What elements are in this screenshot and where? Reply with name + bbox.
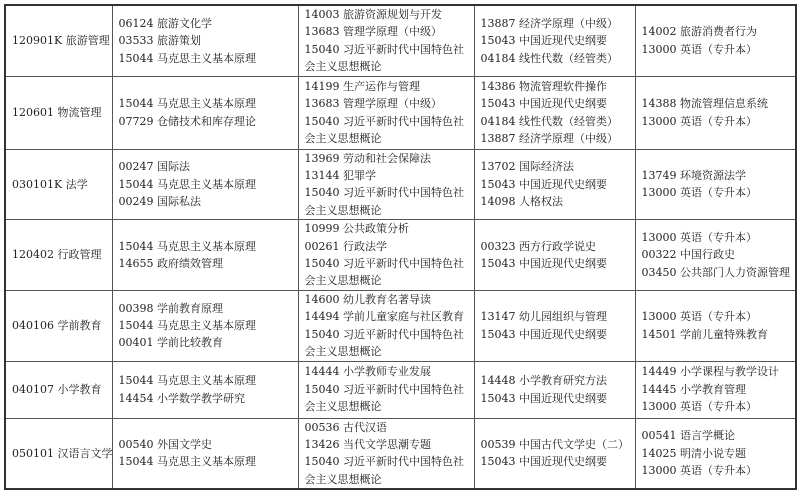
course-item: 15040 习近平新时代中国特色社	[305, 381, 474, 398]
course-item: 14449 小学课程与教学设计	[642, 363, 796, 380]
course-cell-2: 10999 公共政策分析00261 行政法学15040 习近平新时代中国特色社会…	[298, 220, 474, 291]
course-cell-1: 00398 学前教育原理15044 马克思主义基本原理00401 学前比较教育	[112, 290, 298, 361]
course-item: 15043 中国近现代史纲要	[481, 255, 635, 272]
course-item: 15044 马克思主义基本原理	[119, 50, 298, 67]
course-item: 会主义思想概论	[305, 202, 474, 219]
course-item: 14098 人格权法	[481, 193, 635, 210]
course-item: 00536 古代汉语	[305, 419, 474, 436]
course-cell-3: 13702 国际经济法15043 中国近现代史纲要14098 人格权法	[474, 149, 635, 220]
course-cell-1: 00247 国际法15044 马克思主义基本原理00249 国际私法	[112, 149, 298, 220]
course-item: 04184 线性代数（经管类）	[481, 113, 635, 130]
course-item: 13426 当代文学思潮专题	[305, 436, 474, 453]
major-cell: 040107 小学教育	[5, 361, 112, 418]
course-cell-3: 14448 小学教育研究方法15043 中国近现代史纲要	[474, 361, 635, 418]
course-item: 15044 马克思主义基本原理	[119, 238, 298, 255]
table-row: 120901K 旅游管理 06124 旅游文化学03533 旅游策划15044 …	[5, 5, 796, 76]
major-cell: 050101 汉语言文学	[5, 418, 112, 489]
course-item: 15044 马克思主义基本原理	[119, 453, 298, 470]
course-item: 15040 习近平新时代中国特色社	[305, 326, 474, 343]
major-cell: 030101K 法学	[5, 149, 112, 220]
table-row: 040106 学前教育 00398 学前教育原理15044 马克思主义基本原理0…	[5, 290, 796, 361]
course-item: 13000 英语（专升本）	[642, 308, 796, 325]
course-item: 14444 小学教师专业发展	[305, 363, 474, 380]
course-item: 15040 习近平新时代中国特色社	[305, 41, 474, 58]
course-item: 13683 管理学原理（中级）	[305, 23, 474, 40]
course-item: 15043 中国近现代史纲要	[481, 453, 635, 470]
course-cell-3: 13147 幼儿园组织与管理15043 中国近现代史纲要	[474, 290, 635, 361]
exam-plan-body: 120901K 旅游管理 06124 旅游文化学03533 旅游策划15044 …	[5, 5, 796, 489]
course-item: 15043 中国近现代史纲要	[481, 176, 635, 193]
course-item: 15040 习近平新时代中国特色社	[305, 255, 474, 272]
course-item: 会主义思想概论	[305, 272, 474, 289]
course-item: 14003 旅游资源规划与开发	[305, 6, 474, 23]
course-item: 15043 中国近现代史纲要	[481, 95, 635, 112]
course-item: 00323 西方行政学说史	[481, 238, 635, 255]
course-item: 14025 明清小说专题	[642, 445, 796, 462]
course-item: 15040 习近平新时代中国特色社	[305, 453, 474, 470]
course-cell-4: 13000 英语（专升本）14501 学前儿童特殊教育	[635, 290, 796, 361]
course-item: 15044 马克思主义基本原理	[119, 317, 298, 334]
course-item: 14600 幼儿教育名著导读	[305, 291, 474, 308]
course-item: 04184 线性代数（经管类）	[481, 50, 635, 67]
course-item: 15043 中国近现代史纲要	[481, 390, 635, 407]
course-cell-1: 06124 旅游文化学03533 旅游策划15044 马克思主义基本原理	[112, 5, 298, 76]
course-cell-2: 13969 劳动和社会保障法13144 犯罪学15040 习近平新时代中国特色社…	[298, 149, 474, 220]
course-cell-2: 14600 幼儿教育名著导读14494 学前儿童家庭与社区教育15040 习近平…	[298, 290, 474, 361]
course-item: 03533 旅游策划	[119, 32, 298, 49]
course-item: 13683 管理学原理（中级）	[305, 95, 474, 112]
course-cell-2: 00536 古代汉语13426 当代文学思潮专题15040 习近平新时代中国特色…	[298, 418, 474, 489]
major-cell: 040106 学前教育	[5, 290, 112, 361]
course-item: 13000 英语（专升本）	[642, 462, 796, 479]
course-item: 15044 马克思主义基本原理	[119, 372, 298, 389]
course-cell-3: 13887 经济学原理（中级）15043 中国近现代史纲要04184 线性代数（…	[474, 5, 635, 76]
course-item: 14501 学前儿童特殊教育	[642, 326, 796, 343]
course-item: 00247 国际法	[119, 158, 298, 175]
course-item: 13144 犯罪学	[305, 167, 474, 184]
course-cell-2: 14003 旅游资源规划与开发13683 管理学原理（中级）15040 习近平新…	[298, 5, 474, 76]
table-row: 120601 物流管理 15044 马克思主义基本原理07729 仓储技术和库存…	[5, 76, 796, 149]
course-item: 14454 小学数学教学研究	[119, 390, 298, 407]
course-cell-4: 13749 环境资源法学13000 英语（专升本）	[635, 149, 796, 220]
exam-plan-table: 120901K 旅游管理 06124 旅游文化学03533 旅游策划15044 …	[4, 4, 797, 490]
course-item: 会主义思想概论	[305, 343, 474, 360]
course-item: 13000 英语（专升本）	[642, 113, 796, 130]
course-cell-1: 00540 外国文学史15044 马克思主义基本原理	[112, 418, 298, 489]
course-cell-4: 00541 语言学概论14025 明清小说专题13000 英语（专升本）	[635, 418, 796, 489]
course-item: 10999 公共政策分析	[305, 220, 474, 237]
course-item: 03450 公共部门人力资源管理	[642, 264, 796, 281]
course-item: 00249 国际私法	[119, 193, 298, 210]
course-cell-3: 14386 物流管理软件操作15043 中国近现代史纲要04184 线性代数（经…	[474, 76, 635, 149]
course-item: 15044 马克思主义基本原理	[119, 95, 298, 112]
course-item: 13969 劳动和社会保障法	[305, 150, 474, 167]
course-item: 13887 经济学原理（中级）	[481, 130, 635, 147]
course-item: 07729 仓储技术和库存理论	[119, 113, 298, 130]
course-item: 13000 英语（专升本）	[642, 398, 796, 415]
course-item: 13000 英语（专升本）	[642, 41, 796, 58]
course-item: 00401 学前比较教育	[119, 334, 298, 351]
course-item: 会主义思想概论	[305, 398, 474, 415]
course-item: 00539 中国古代文学史（二）	[481, 436, 635, 453]
course-item: 14386 物流管理软件操作	[481, 78, 635, 95]
course-item: 14655 政府绩效管理	[119, 255, 298, 272]
course-cell-4: 13000 英语（专升本）00322 中国行政史03450 公共部门人力资源管理	[635, 220, 796, 291]
course-item: 13147 幼儿园组织与管理	[481, 308, 635, 325]
table-row: 030101K 法学 00247 国际法15044 马克思主义基本原理00249…	[5, 149, 796, 220]
course-item: 会主义思想概论	[305, 130, 474, 147]
course-cell-1: 15044 马克思主义基本原理14454 小学数学教学研究	[112, 361, 298, 418]
course-cell-3: 00539 中国古代文学史（二）15043 中国近现代史纲要	[474, 418, 635, 489]
course-item: 15040 习近平新时代中国特色社	[305, 113, 474, 130]
course-item: 14494 学前儿童家庭与社区教育	[305, 308, 474, 325]
course-item: 13749 环境资源法学	[642, 167, 796, 184]
course-item: 14002 旅游消费者行为	[642, 23, 796, 40]
course-cell-4: 14449 小学课程与教学设计14445 小学教育管理13000 英语（专升本）	[635, 361, 796, 418]
course-item: 14199 生产运作与管理	[305, 78, 474, 95]
course-cell-2: 14444 小学教师专业发展15040 习近平新时代中国特色社会主义思想概论	[298, 361, 474, 418]
course-item: 15043 中国近现代史纲要	[481, 326, 635, 343]
course-item: 00541 语言学概论	[642, 427, 796, 444]
course-item: 15040 习近平新时代中国特色社	[305, 184, 474, 201]
table-row: 120402 行政管理 15044 马克思主义基本原理14655 政府绩效管理 …	[5, 220, 796, 291]
course-item: 00540 外国文学史	[119, 436, 298, 453]
table-row: 040107 小学教育 15044 马克思主义基本原理14454 小学数学教学研…	[5, 361, 796, 418]
course-cell-1: 15044 马克思主义基本原理07729 仓储技术和库存理论	[112, 76, 298, 149]
course-item: 15043 中国近现代史纲要	[481, 32, 635, 49]
major-cell: 120901K 旅游管理	[5, 5, 112, 76]
course-cell-3: 00323 西方行政学说史15043 中国近现代史纲要	[474, 220, 635, 291]
table-row: 050101 汉语言文学 00540 外国文学史15044 马克思主义基本原理 …	[5, 418, 796, 489]
course-item: 会主义思想概论	[305, 58, 474, 75]
course-item: 14445 小学教育管理	[642, 381, 796, 398]
course-item: 00398 学前教育原理	[119, 300, 298, 317]
course-item: 13000 英语（专升本）	[642, 229, 796, 246]
course-cell-4: 14388 物流管理信息系统13000 英语（专升本）	[635, 76, 796, 149]
course-cell-1: 15044 马克思主义基本原理14655 政府绩效管理	[112, 220, 298, 291]
course-item: 00322 中国行政史	[642, 246, 796, 263]
major-cell: 120601 物流管理	[5, 76, 112, 149]
major-cell: 120402 行政管理	[5, 220, 112, 291]
course-item: 15044 马克思主义基本原理	[119, 176, 298, 193]
course-item: 06124 旅游文化学	[119, 15, 298, 32]
course-item: 13000 英语（专升本）	[642, 184, 796, 201]
course-item: 14448 小学教育研究方法	[481, 372, 635, 389]
course-cell-2: 14199 生产运作与管理13683 管理学原理（中级）15040 习近平新时代…	[298, 76, 474, 149]
course-item: 14388 物流管理信息系统	[642, 95, 796, 112]
course-item: 00261 行政法学	[305, 238, 474, 255]
course-item: 13887 经济学原理（中级）	[481, 15, 635, 32]
course-item: 会主义思想概论	[305, 471, 474, 488]
course-item: 13702 国际经济法	[481, 158, 635, 175]
course-cell-4: 14002 旅游消费者行为13000 英语（专升本）	[635, 5, 796, 76]
